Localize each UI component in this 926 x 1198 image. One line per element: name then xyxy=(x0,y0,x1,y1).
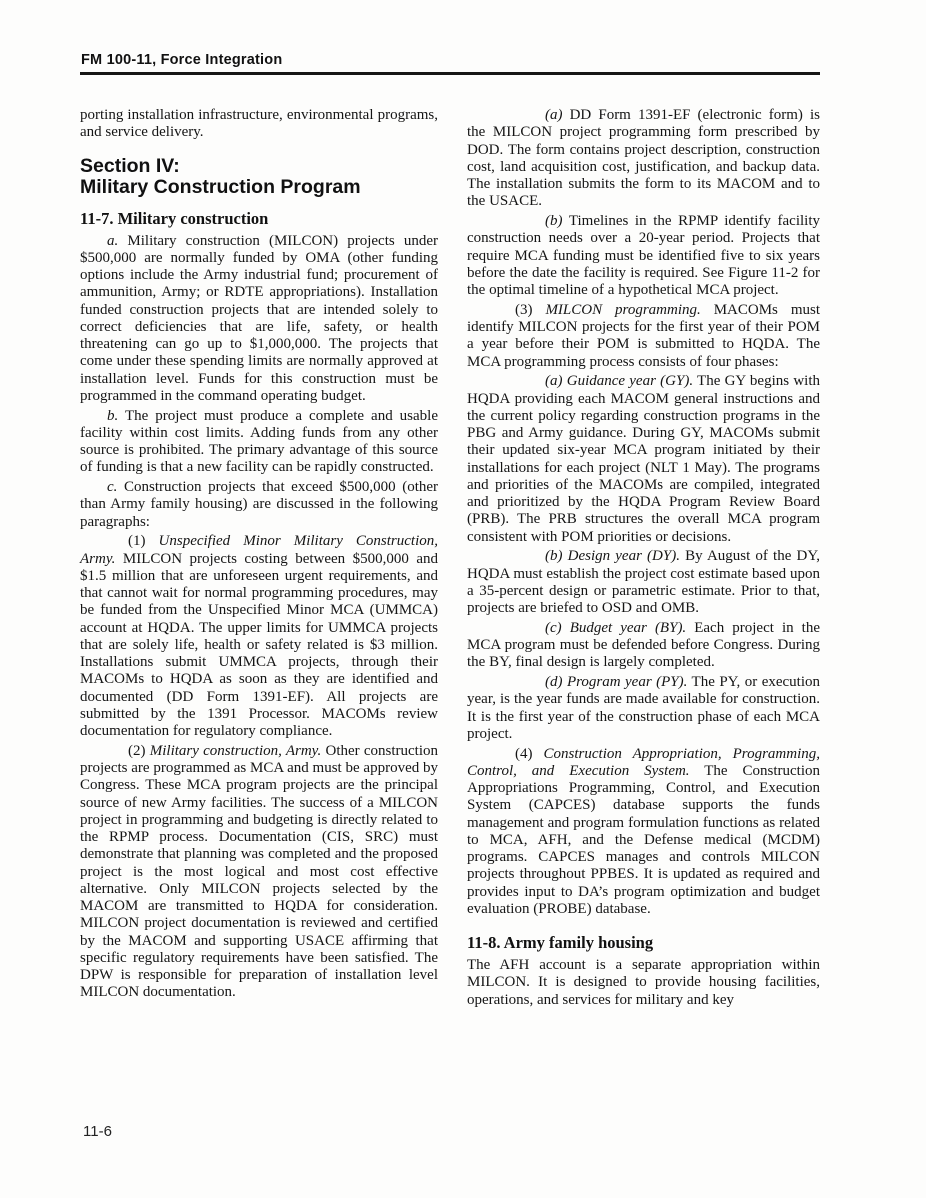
running-header-title: FM 100-11, Force Integration xyxy=(81,52,282,68)
paragraph-2-text: Other construction projects are programm… xyxy=(80,743,438,1001)
paragraph-afh: The AFH account is a separate appropriat… xyxy=(467,957,820,1009)
paragraph-1-number: (1) xyxy=(128,533,146,549)
paragraph-3c-title: Budget year (BY). xyxy=(570,620,686,636)
continuation-text: porting installation infrastructure, env… xyxy=(80,107,438,140)
paragraph-b-timelines-number: (b) xyxy=(545,213,563,229)
paragraph-a-label: a. xyxy=(107,233,118,249)
paragraph-c-text: Construction projects that exceed $500,0… xyxy=(80,479,438,530)
running-header: FM 100-11, Force Integration xyxy=(81,52,282,68)
paragraph-c-label: c. xyxy=(107,479,117,495)
paragraph-2-number: (2) xyxy=(128,743,146,759)
paragraph-afh-text: The AFH account is a separate appropriat… xyxy=(467,957,820,1008)
paragraph-3b-number: (b) xyxy=(545,548,563,564)
paragraph-4-text: The Construction Appropriations Programm… xyxy=(467,763,820,917)
header-rule xyxy=(80,72,820,75)
paragraph-a-form-number: (a) xyxy=(545,107,563,123)
paragraph-b: b. The project must produce a complete a… xyxy=(80,408,438,477)
paragraph-3c-budget-year: (c) Budget year (BY). Each project in th… xyxy=(467,620,820,672)
paragraph-a-form: (a) DD Form 1391-EF (electronic form) is… xyxy=(467,107,820,211)
paragraph-1-text: MILCON projects costing between $500,000… xyxy=(80,551,438,740)
continuation-paragraph: porting installation infrastructure, env… xyxy=(80,107,438,142)
paragraph-3d-number: (d) xyxy=(545,674,563,690)
paragraph-b-timelines-text: Timelines in the RPMP identify facility … xyxy=(467,213,820,298)
paragraph-3c-number: (c) xyxy=(545,620,562,636)
paragraph-3a-number: (a) xyxy=(545,373,563,389)
paragraph-3-number: (3) xyxy=(515,302,533,318)
paragraph-2: (2) Military construction, Army. Other c… xyxy=(80,743,438,1002)
paragraph-1: (1) Unspecified Minor Military Construct… xyxy=(80,533,438,740)
paragraph-b-timelines: (b) Timelines in the RPMP identify facil… xyxy=(467,213,820,299)
paragraph-3: (3) MILCON programming. MACOMs must iden… xyxy=(467,302,820,371)
paragraph-3-title: MILCON programming. xyxy=(545,302,700,318)
heading-11-7: 11-7. Military construction xyxy=(80,209,438,228)
paragraph-4-capces: (4) Construction Appropriation, Programm… xyxy=(467,746,820,919)
paragraph-b-label: b. xyxy=(107,408,118,424)
right-column: (a) DD Form 1391-EF (electronic form) is… xyxy=(467,107,820,1011)
two-column-body: porting installation infrastructure, env… xyxy=(80,107,820,1011)
paragraph-3a-guidance-year: (a) Guidance year (GY). The GY begins wi… xyxy=(467,373,820,546)
paragraph-a-form-text: DD Form 1391-EF (electronic form) is the… xyxy=(467,107,820,209)
section-heading: Section IV:Military Construction Program xyxy=(80,156,438,199)
paragraph-a-text: Military construction (MILCON) projects … xyxy=(80,233,438,404)
page-number: 11-6 xyxy=(83,1123,112,1140)
paragraph-b-text: The project must produce a complete and … xyxy=(80,408,438,476)
document-page: FM 100-11, Force Integration porting ins… xyxy=(0,0,926,1198)
paragraph-c: c. Construction projects that exceed $50… xyxy=(80,479,438,531)
paragraph-a: a. Military construction (MILCON) projec… xyxy=(80,233,438,406)
paragraph-3d-program-year: (d) Program year (PY). The PY, or execut… xyxy=(467,674,820,743)
heading-11-8: 11-8. Army family housing xyxy=(467,933,820,952)
paragraph-3a-text: The GY begins with HQDA providing each M… xyxy=(467,373,820,544)
left-column: porting installation infrastructure, env… xyxy=(80,107,438,1011)
paragraph-4-number: (4) xyxy=(515,746,533,762)
paragraph-3b-title: Design year (DY). xyxy=(568,548,680,564)
section-heading-line1: Section IV: xyxy=(80,156,438,178)
paragraph-3b-design-year: (b) Design year (DY). By August of the D… xyxy=(467,548,820,617)
paragraph-3d-title: Program year (PY). xyxy=(567,674,687,690)
paragraph-3a-title: Guidance year (GY). xyxy=(567,373,693,389)
section-heading-line2: Military Construction Program xyxy=(80,177,438,199)
paragraph-2-title: Military construction, Army. xyxy=(150,743,322,759)
